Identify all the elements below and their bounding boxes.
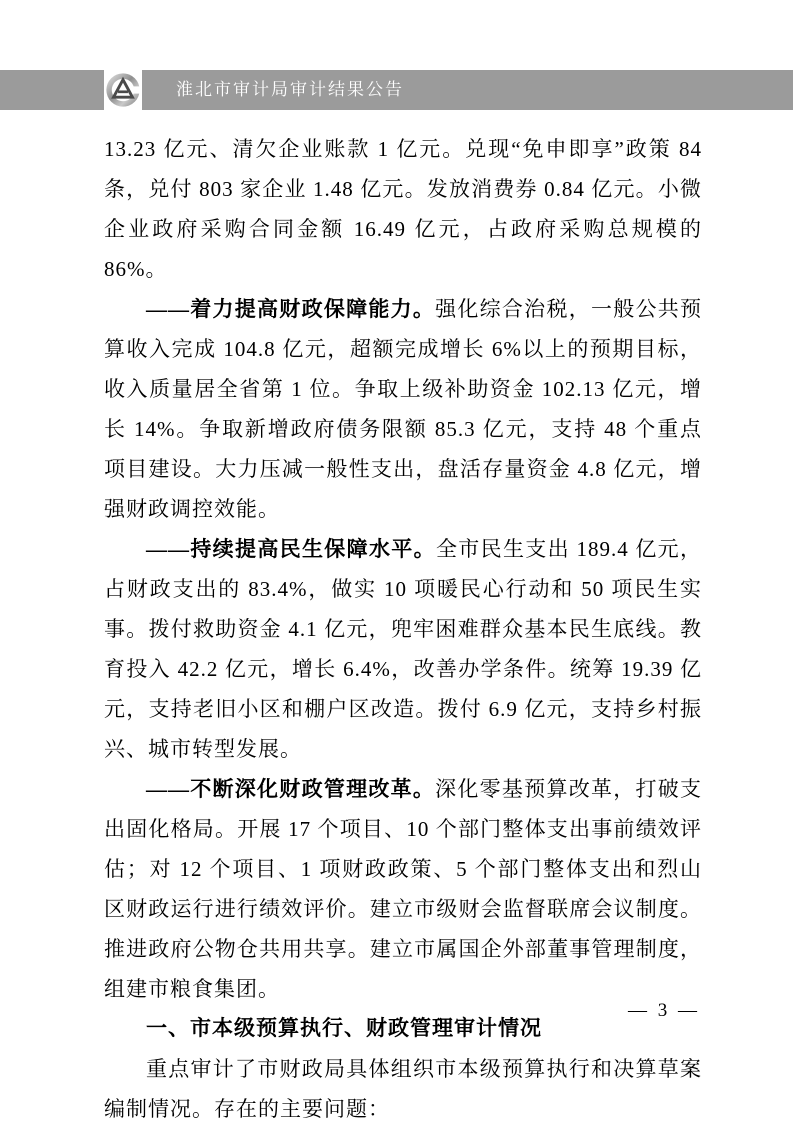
header-bar: 淮北市审计局审计结果公告 (0, 70, 793, 110)
audit-emblem-icon (105, 72, 141, 108)
section-heading: 一、市本级预算执行、财政管理审计情况 (104, 1009, 702, 1049)
paragraph-livelihood: ——持续提高民生保障水平。全市民生支出 189.4 亿元，占财政支出的 83.4… (104, 529, 702, 769)
header-title: 淮北市审计局审计结果公告 (176, 70, 404, 110)
paragraph-text: 13.23 亿元、清欠企业账款 1 亿元。兑现“免申即享”政策 84 条，兑付 … (104, 137, 702, 281)
paragraph-text: 全市民生支出 189.4 亿元，占财政支出的 83.4%，做实 10 项暖民心行… (104, 537, 702, 761)
paragraph-fiscal-reform: ——不断深化财政管理改革。深化零基预算改革，打破支出固化格局。开展 17 个项目… (104, 769, 702, 1009)
paragraph-closing: 重点审计了市财政局具体组织市本级预算执行和决算草案编制情况。存在的主要问题： (104, 1049, 702, 1122)
paragraph-lead: ——不断深化财政管理改革。 (146, 777, 435, 801)
paragraph-text: 强化综合治税，一般公共预算收入完成 104.8 亿元，超额完成增长 6%以上的预… (104, 297, 702, 521)
paragraph-lead: ——持续提高民生保障水平。 (146, 537, 436, 561)
document-page: { "header": { "title": "淮北市审计局审计结果公告", "… (0, 0, 793, 1122)
paragraph-fiscal-guarantee: ——着力提高财政保障能力。强化综合治税，一般公共预算收入完成 104.8 亿元，… (104, 289, 702, 529)
paragraph-continuation: 13.23 亿元、清欠企业账款 1 亿元。兑现“免申即享”政策 84 条，兑付 … (104, 129, 702, 289)
paragraph-lead: ——着力提高财政保障能力。 (146, 297, 435, 321)
audit-bureau-logo (104, 70, 142, 110)
paragraph-text: 深化零基预算改革，打破支出固化格局。开展 17 个项目、10 个部门整体支出事前… (104, 777, 702, 1001)
paragraph-text: 重点审计了市财政局具体组织市本级预算执行和决算草案编制情况。存在的主要问题： (104, 1057, 702, 1121)
page-number: — 3 — (628, 1000, 700, 1022)
document-body: 13.23 亿元、清欠企业账款 1 亿元。兑现“免申即享”政策 84 条，兑付 … (104, 129, 702, 1122)
